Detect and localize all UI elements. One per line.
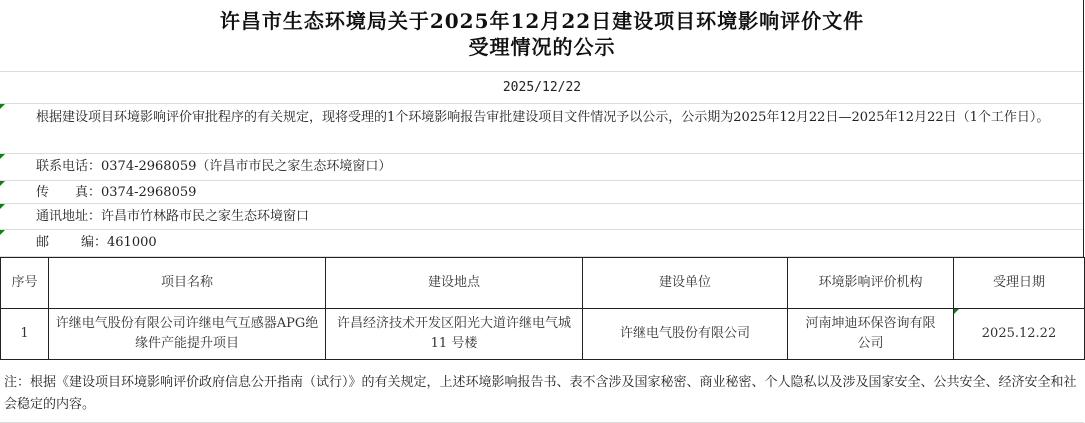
cell-eia-agency: 河南坤迪环保咨询有限公司 (788, 309, 954, 360)
cell-location: 许昌经济技术开发区阳光大道许继电气城 11 号楼 (326, 309, 583, 360)
contact-fax-row: 传真：0374-2968059 (0, 181, 1084, 204)
zip-label-b: 编： (81, 235, 107, 250)
header-index: 序号 (1, 258, 49, 309)
page-title: 许昌市生态环境局关于2025年12月22日建设项目环境影响评价文件 受理情况的公… (0, 0, 1084, 72)
header-project-name: 项目名称 (49, 258, 326, 309)
cell-date: 2025.12.22 (954, 309, 1085, 360)
cell-comment-marker-icon (0, 104, 5, 109)
header-eia-agency: 环境影响评价机构 (788, 258, 954, 309)
header-date: 受理日期 (954, 258, 1085, 309)
cell-comment-marker-icon (0, 204, 5, 209)
fax-label-a: 传 (36, 181, 75, 204)
footnote: 注：根据《建设项目环境影响评价政府信息公开指南（试行）》的有关规定，上述环境影响… (0, 362, 1084, 423)
header-builder: 建设单位 (583, 258, 788, 309)
cell-project-name: 许继电气股份有限公司许继电气互感器APG绝缘件产能提升项目 (49, 309, 326, 360)
contact-zip-row: 邮编：461000 (0, 230, 1084, 257)
phone-value: 0374-2968059（许昌市市民之家生态环境窗口） (101, 159, 391, 174)
cell-comment-marker-icon (0, 230, 5, 235)
address-value: 许昌市竹林路市民之家生态环境窗口 (101, 209, 309, 224)
contact-phone-row: 联系电话：0374-2968059（许昌市市民之家生态环境窗口） (0, 154, 1084, 181)
zip-label-a: 邮 (36, 230, 81, 256)
table-row: 1 许继电气股份有限公司许继电气互感器APG绝缘件产能提升项目 许昌经济技术开发… (1, 309, 1085, 360)
contact-address-row: 通讯地址：许昌市竹林路市民之家生态环境窗口 (0, 204, 1084, 230)
intro-paragraph: 根据建设项目环境影响评价审批程序的有关规定，现将受理的1个环境影响报告审批建设项… (0, 104, 1084, 154)
projects-table: 序号 项目名称 建设地点 建设单位 环境影响评价机构 受理日期 1 许继电气股份… (0, 257, 1085, 360)
cell-comment-marker-icon (0, 154, 5, 159)
phone-label: 联系电话： (36, 159, 101, 174)
title-line-2: 受理情况的公示 (0, 34, 1084, 60)
fax-value: 0374-2968059 (101, 185, 196, 200)
cell-builder: 许继电气股份有限公司 (583, 309, 788, 360)
header-location: 建设地点 (326, 258, 583, 309)
cell-index: 1 (1, 309, 49, 360)
zip-value: 461000 (107, 235, 157, 250)
publish-date: 2025/12/22 (0, 72, 1084, 104)
cell-comment-marker-icon (0, 181, 5, 186)
spreadsheet-sheet: 许昌市生态环境局关于2025年12月22日建设项目环境影响评价文件 受理情况的公… (0, 0, 1085, 423)
address-label: 通讯地址： (36, 209, 101, 224)
table-header-row: 序号 项目名称 建设地点 建设单位 环境影响评价机构 受理日期 (1, 258, 1085, 309)
sheet-right-border (1083, 0, 1084, 257)
cell-comment-marker-icon (954, 309, 959, 314)
title-line-1: 许昌市生态环境局关于2025年12月22日建设项目环境影响评价文件 (0, 8, 1084, 34)
cell-date-value: 2025.12.22 (982, 326, 1056, 341)
intro-text: 根据建设项目环境影响评价审批程序的有关规定，现将受理的1个环境影响报告审批建设项… (36, 110, 1049, 125)
fax-label-b: 真： (75, 185, 101, 200)
